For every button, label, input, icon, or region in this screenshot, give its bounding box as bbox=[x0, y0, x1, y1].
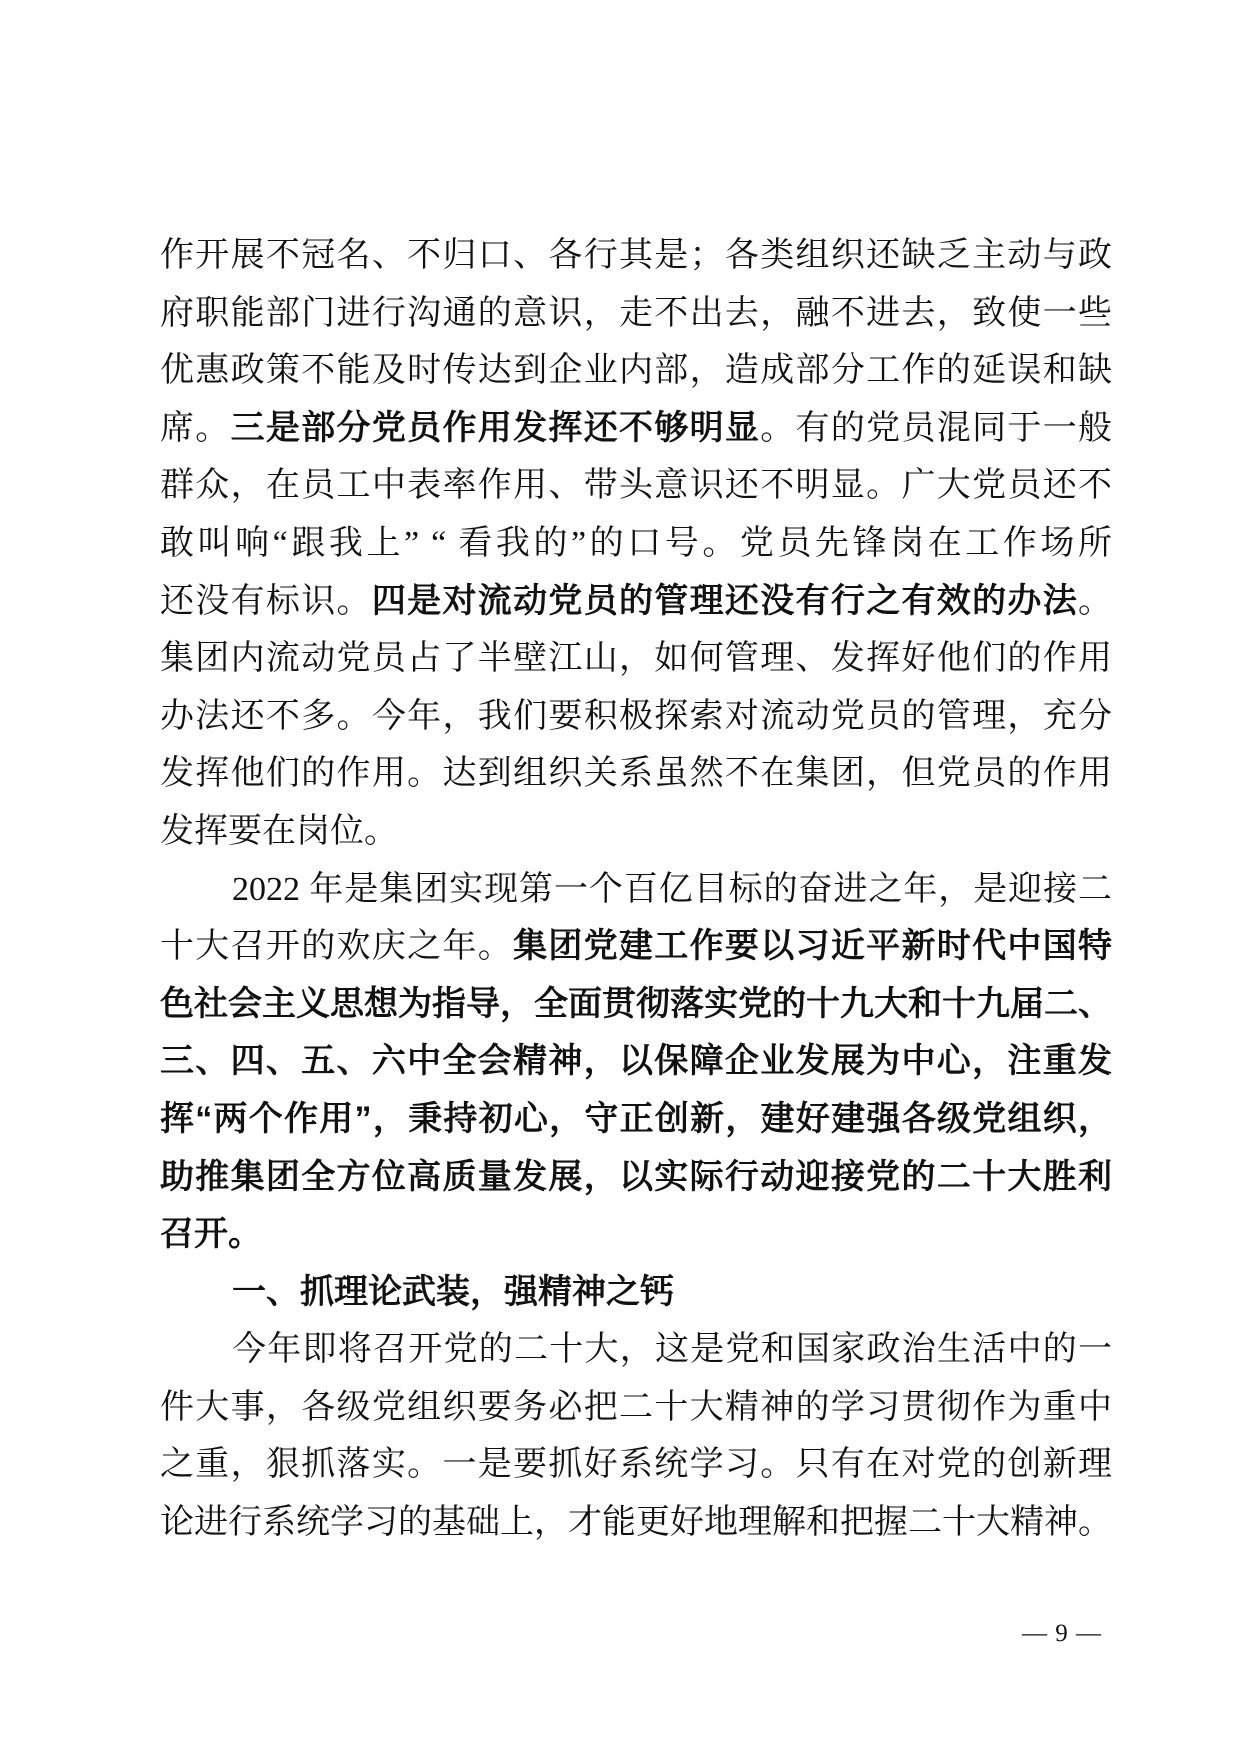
text-segment: 之重，狠抓落实。一是要抓好系统学习。只有在对党的创新理 bbox=[160, 1446, 1112, 1483]
text-line: 作开展不冠名、不归口、各行其是；各类组织还缺乏主动与政 bbox=[160, 227, 1112, 285]
text-line: 敢叫响“跟我上” “ 看我的”的口号。党员先锋岗在工作场所 bbox=[160, 515, 1112, 573]
text-line: 三、四、五、六中全会精神，以保障企业发展为中心，注重发 bbox=[160, 1033, 1112, 1091]
text-line: 之重，狠抓落实。一是要抓好系统学习。只有在对党的创新理 bbox=[160, 1436, 1112, 1494]
text-line: 一、抓理论武装，强精神之钙 bbox=[160, 1264, 1112, 1322]
text-line: 十大召开的欢庆之年。集团党建工作要以习近平新时代中国特 bbox=[160, 918, 1112, 976]
text-segment: 今年即将召开党的二十大，这是党和国家政治生活中的一 bbox=[232, 1331, 1112, 1368]
text-segment: 敢叫响“跟我上” “ 看我的”的口号。党员先锋岗在工作场所 bbox=[160, 525, 1112, 562]
text-line: 发挥要在岗位。 bbox=[160, 803, 1112, 861]
text-segment: 2022 年是集团实现第一个百亿目标的奋进之年，是迎接二 bbox=[232, 871, 1112, 908]
text-segment: 群众，在员工中表率作用、带头意识还不明显。广大党员还不 bbox=[160, 467, 1112, 504]
text-line: 挥“两个作用”，秉持初心，守正创新，建好建强各级党组织， bbox=[160, 1091, 1112, 1149]
text-line: 群众，在员工中表率作用、带头意识还不明显。广大党员还不 bbox=[160, 457, 1112, 515]
text-line: 发挥他们的作用。达到组织关系虽然不在集团，但党员的作用 bbox=[160, 745, 1112, 803]
bold-text-segment: 助推集团全方位高质量发展，以实际行动迎接党的二十大胜利 bbox=[160, 1158, 1112, 1196]
text-segment: 席。 bbox=[160, 410, 231, 447]
bold-text-segment: 三、四、五、六中全会精神，以保障企业发展为中心，注重发 bbox=[160, 1042, 1112, 1080]
document-body: 作开展不冠名、不归口、各行其是；各类组织还缺乏主动与政府职能部门进行沟通的意识，… bbox=[160, 227, 1112, 1552]
text-segment: 办法还不多。今年，我们要积极探索对流动党员的管理，充分 bbox=[160, 698, 1112, 735]
bold-text-segment: 集团党建工作要以习近平新时代中国特 bbox=[513, 927, 1112, 965]
text-line: 件大事，各级党组织要务必把二十大精神的学习贯彻作为重中 bbox=[160, 1379, 1112, 1437]
page-number: — 9 — bbox=[1022, 1620, 1102, 1648]
text-segment: 发挥要在岗位。 bbox=[160, 813, 398, 850]
text-line: 助推集团全方位高质量发展，以实际行动迎接党的二十大胜利 bbox=[160, 1149, 1112, 1207]
text-line: 色社会主义思想为指导，全面贯彻落实党的十九大和十九届二、 bbox=[160, 976, 1112, 1034]
bold-text-segment: 四是对流动党员的管理还没有行之有效的办法 bbox=[372, 583, 1078, 620]
text-segment: 集团内流动党员占了半壁江山，如何管理、发挥好他们的作用 bbox=[160, 640, 1112, 677]
bold-text-segment: 召开。 bbox=[160, 1215, 262, 1253]
bold-text-segment: 色社会主义思想为指导，全面贯彻落实党的十九大和十九届二、 bbox=[160, 985, 1112, 1023]
text-line: 2022 年是集团实现第一个百亿目标的奋进之年，是迎接二 bbox=[160, 861, 1112, 919]
text-segment: 发挥他们的作用。达到组织关系虽然不在集团，但党员的作用 bbox=[160, 755, 1112, 792]
bold-text-segment: 三是部分党员作用发挥还不够明显 bbox=[231, 410, 761, 447]
text-line: 办法还不多。今年，我们要积极探索对流动党员的管理，充分 bbox=[160, 688, 1112, 746]
text-line: 召开。 bbox=[160, 1206, 1112, 1264]
text-segment: 件大事，各级党组织要务必把二十大精神的学习贯彻作为重中 bbox=[160, 1389, 1112, 1426]
text-segment: 作开展不冠名、不归口、各行其是；各类组织还缺乏主动与政 bbox=[160, 237, 1112, 274]
text-segment: 。 bbox=[1078, 583, 1112, 620]
text-line: 集团内流动党员占了半壁江山，如何管理、发挥好他们的作用 bbox=[160, 630, 1112, 688]
text-line: 论进行系统学习的基础上，才能更好地理解和把握二十大精神。 bbox=[160, 1494, 1112, 1552]
text-line: 今年即将召开党的二十大，这是党和国家政治生活中的一 bbox=[160, 1321, 1112, 1379]
text-segment: 十大召开的欢庆之年。 bbox=[160, 928, 513, 965]
text-line: 府职能部门进行沟通的意识，走不出去，融不进去，致使一些 bbox=[160, 285, 1112, 343]
text-segment: 论进行系统学习的基础上，才能更好地理解和把握二十大精神。 bbox=[160, 1504, 1112, 1541]
text-segment: 府职能部门进行沟通的意识，走不出去，融不进去，致使一些 bbox=[160, 295, 1112, 332]
document-page: 作开展不冠名、不归口、各行其是；各类组织还缺乏主动与政府职能部门进行沟通的意识，… bbox=[0, 0, 1241, 1754]
bold-text-segment: 一、抓理论武装，强精神之钙 bbox=[232, 1273, 674, 1311]
text-line: 还没有标识。四是对流动党员的管理还没有行之有效的办法。 bbox=[160, 573, 1112, 631]
text-segment: 优惠政策不能及时传达到企业内部，造成部分工作的延误和缺 bbox=[160, 352, 1112, 389]
text-line: 优惠政策不能及时传达到企业内部，造成部分工作的延误和缺 bbox=[160, 342, 1112, 400]
text-line: 席。三是部分党员作用发挥还不够明显。有的党员混同于一般 bbox=[160, 400, 1112, 458]
bold-text-segment: 挥“两个作用”，秉持初心，守正创新，建好建强各级党组织， bbox=[160, 1100, 1112, 1138]
text-segment: 还没有标识。 bbox=[160, 583, 372, 620]
text-segment: 。有的党员混同于一般 bbox=[760, 410, 1112, 447]
